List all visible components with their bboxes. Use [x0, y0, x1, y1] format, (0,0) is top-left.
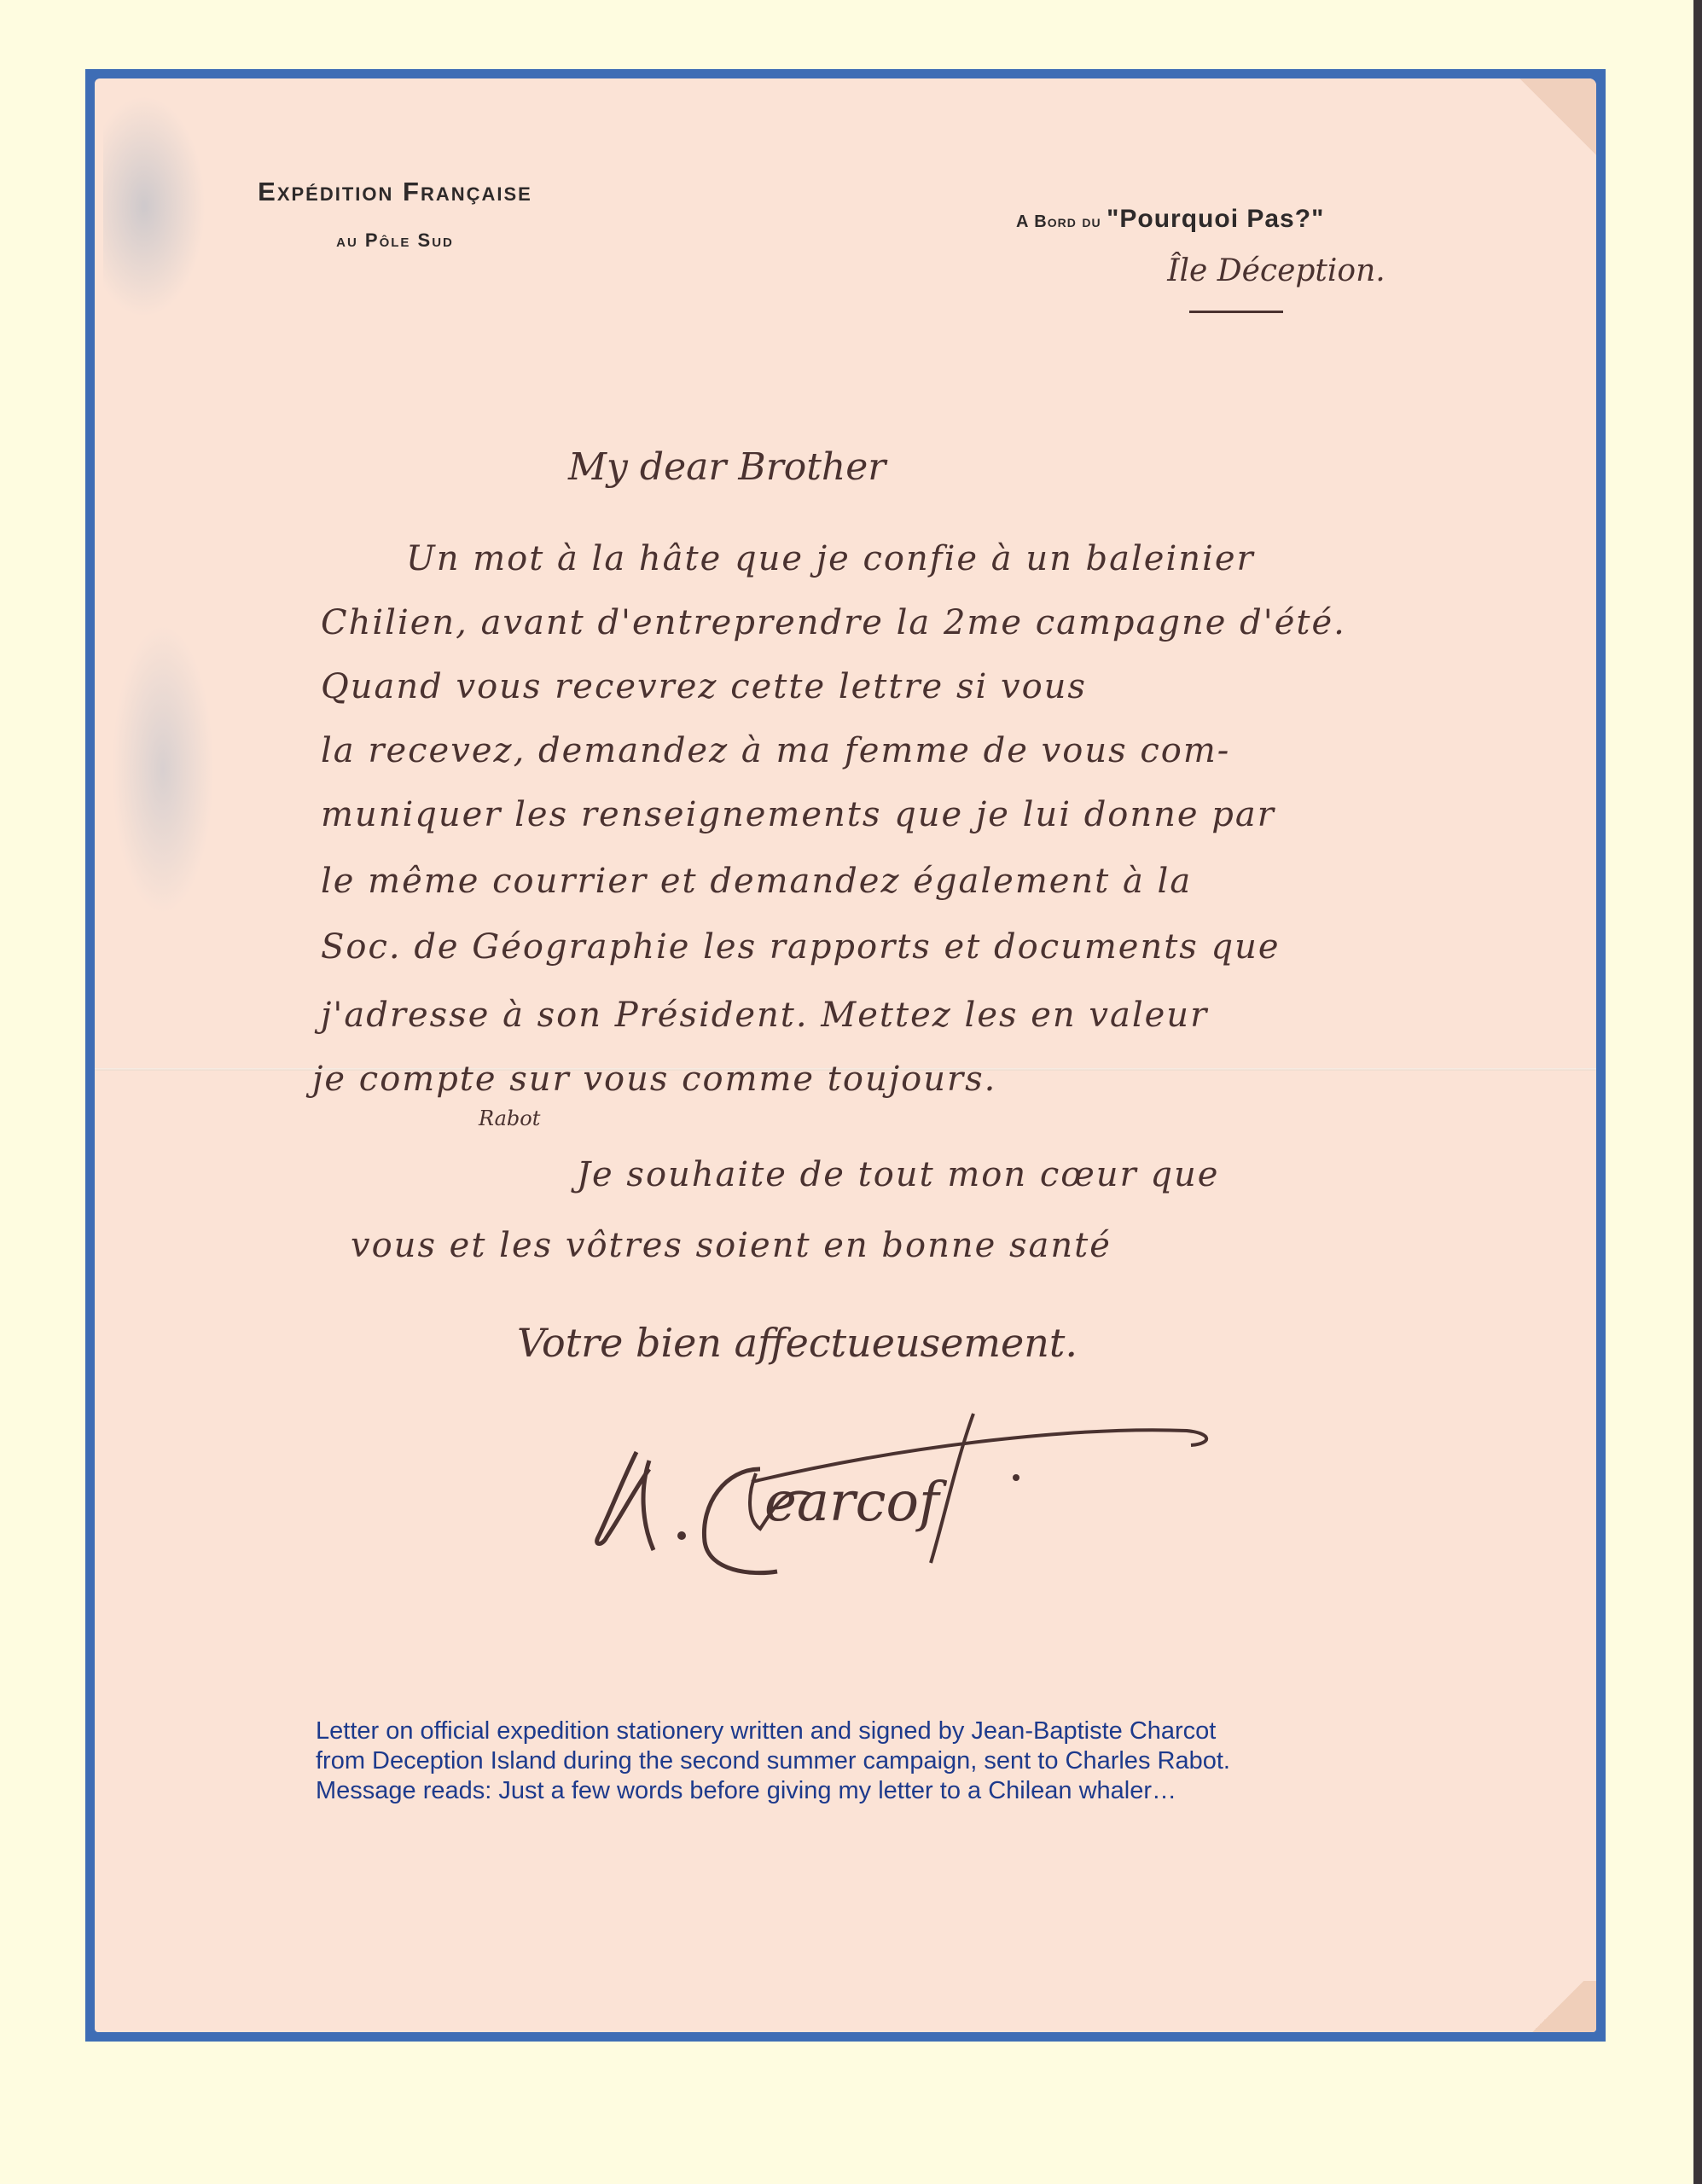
ship-name: "Pourquoi Pas?" [1107, 205, 1324, 233]
caption-line: from Deception Island during the second … [316, 1746, 1425, 1776]
caption-line: Letter on official expedition stationery… [316, 1716, 1425, 1746]
blue-mount-frame: Expédition Française au Pôle Sud A Bord … [85, 69, 1606, 2042]
signature: earcof [555, 1392, 1323, 1580]
location-underline [1189, 311, 1283, 313]
letterhead-ship: A Bord du "Pourquoi Pas?" [1016, 205, 1545, 234]
letter-paper: Expédition Française au Pôle Sud A Bord … [95, 78, 1596, 2032]
interlinear-insert: Rabot [479, 1107, 540, 1130]
body-line: Soc. de Géographie les rapports et docum… [321, 927, 1281, 967]
caption-line: Message reads: Just a few words before g… [316, 1776, 1425, 1806]
letterhead-organization: Expédition Française au Pôle Sud [190, 177, 600, 252]
wish-line: Je souhaite de tout mon cœur que [577, 1155, 1219, 1194]
body-line: Un mot à la hâte que je confie à un bale… [406, 539, 1255, 578]
page-edge-shadow [1693, 0, 1702, 2184]
body-line: le même courrier et demandez également à… [321, 862, 1192, 901]
caption: Letter on official expedition stationery… [316, 1716, 1425, 1806]
wish-line: vous et les vôtres soient en bonne santé [351, 1226, 1112, 1265]
paper-corner-mount [1519, 1981, 1596, 2032]
paper-stain [112, 624, 214, 915]
handwritten-location: Île Déception. [1114, 253, 1438, 288]
body-line: j'adresse à son Président. Mettez les en… [321, 996, 1208, 1035]
body-line: muniquer les renseignements que je lui d… [321, 795, 1275, 834]
closing: Votre bien affectueusement. [517, 1320, 1078, 1366]
svg-text:earcof: earcof [764, 1471, 948, 1534]
ship-prefix: A Bord du [1016, 212, 1107, 231]
letterhead-subtitle: au Pôle Sud [190, 229, 600, 252]
body-line: je compte sur vous comme toujours. [312, 1060, 996, 1099]
salutation: My dear Brother [568, 445, 886, 489]
body-line: Chilien, avant d'entreprendre la 2me cam… [321, 603, 1346, 642]
body-line: Quand vous recevrez cette lettre si vous [321, 667, 1087, 706]
paper-corner-mount [1519, 78, 1596, 155]
letterhead-title: Expédition Française [190, 177, 600, 207]
body-line: la recevez, demandez à ma femme de vous … [321, 731, 1230, 770]
